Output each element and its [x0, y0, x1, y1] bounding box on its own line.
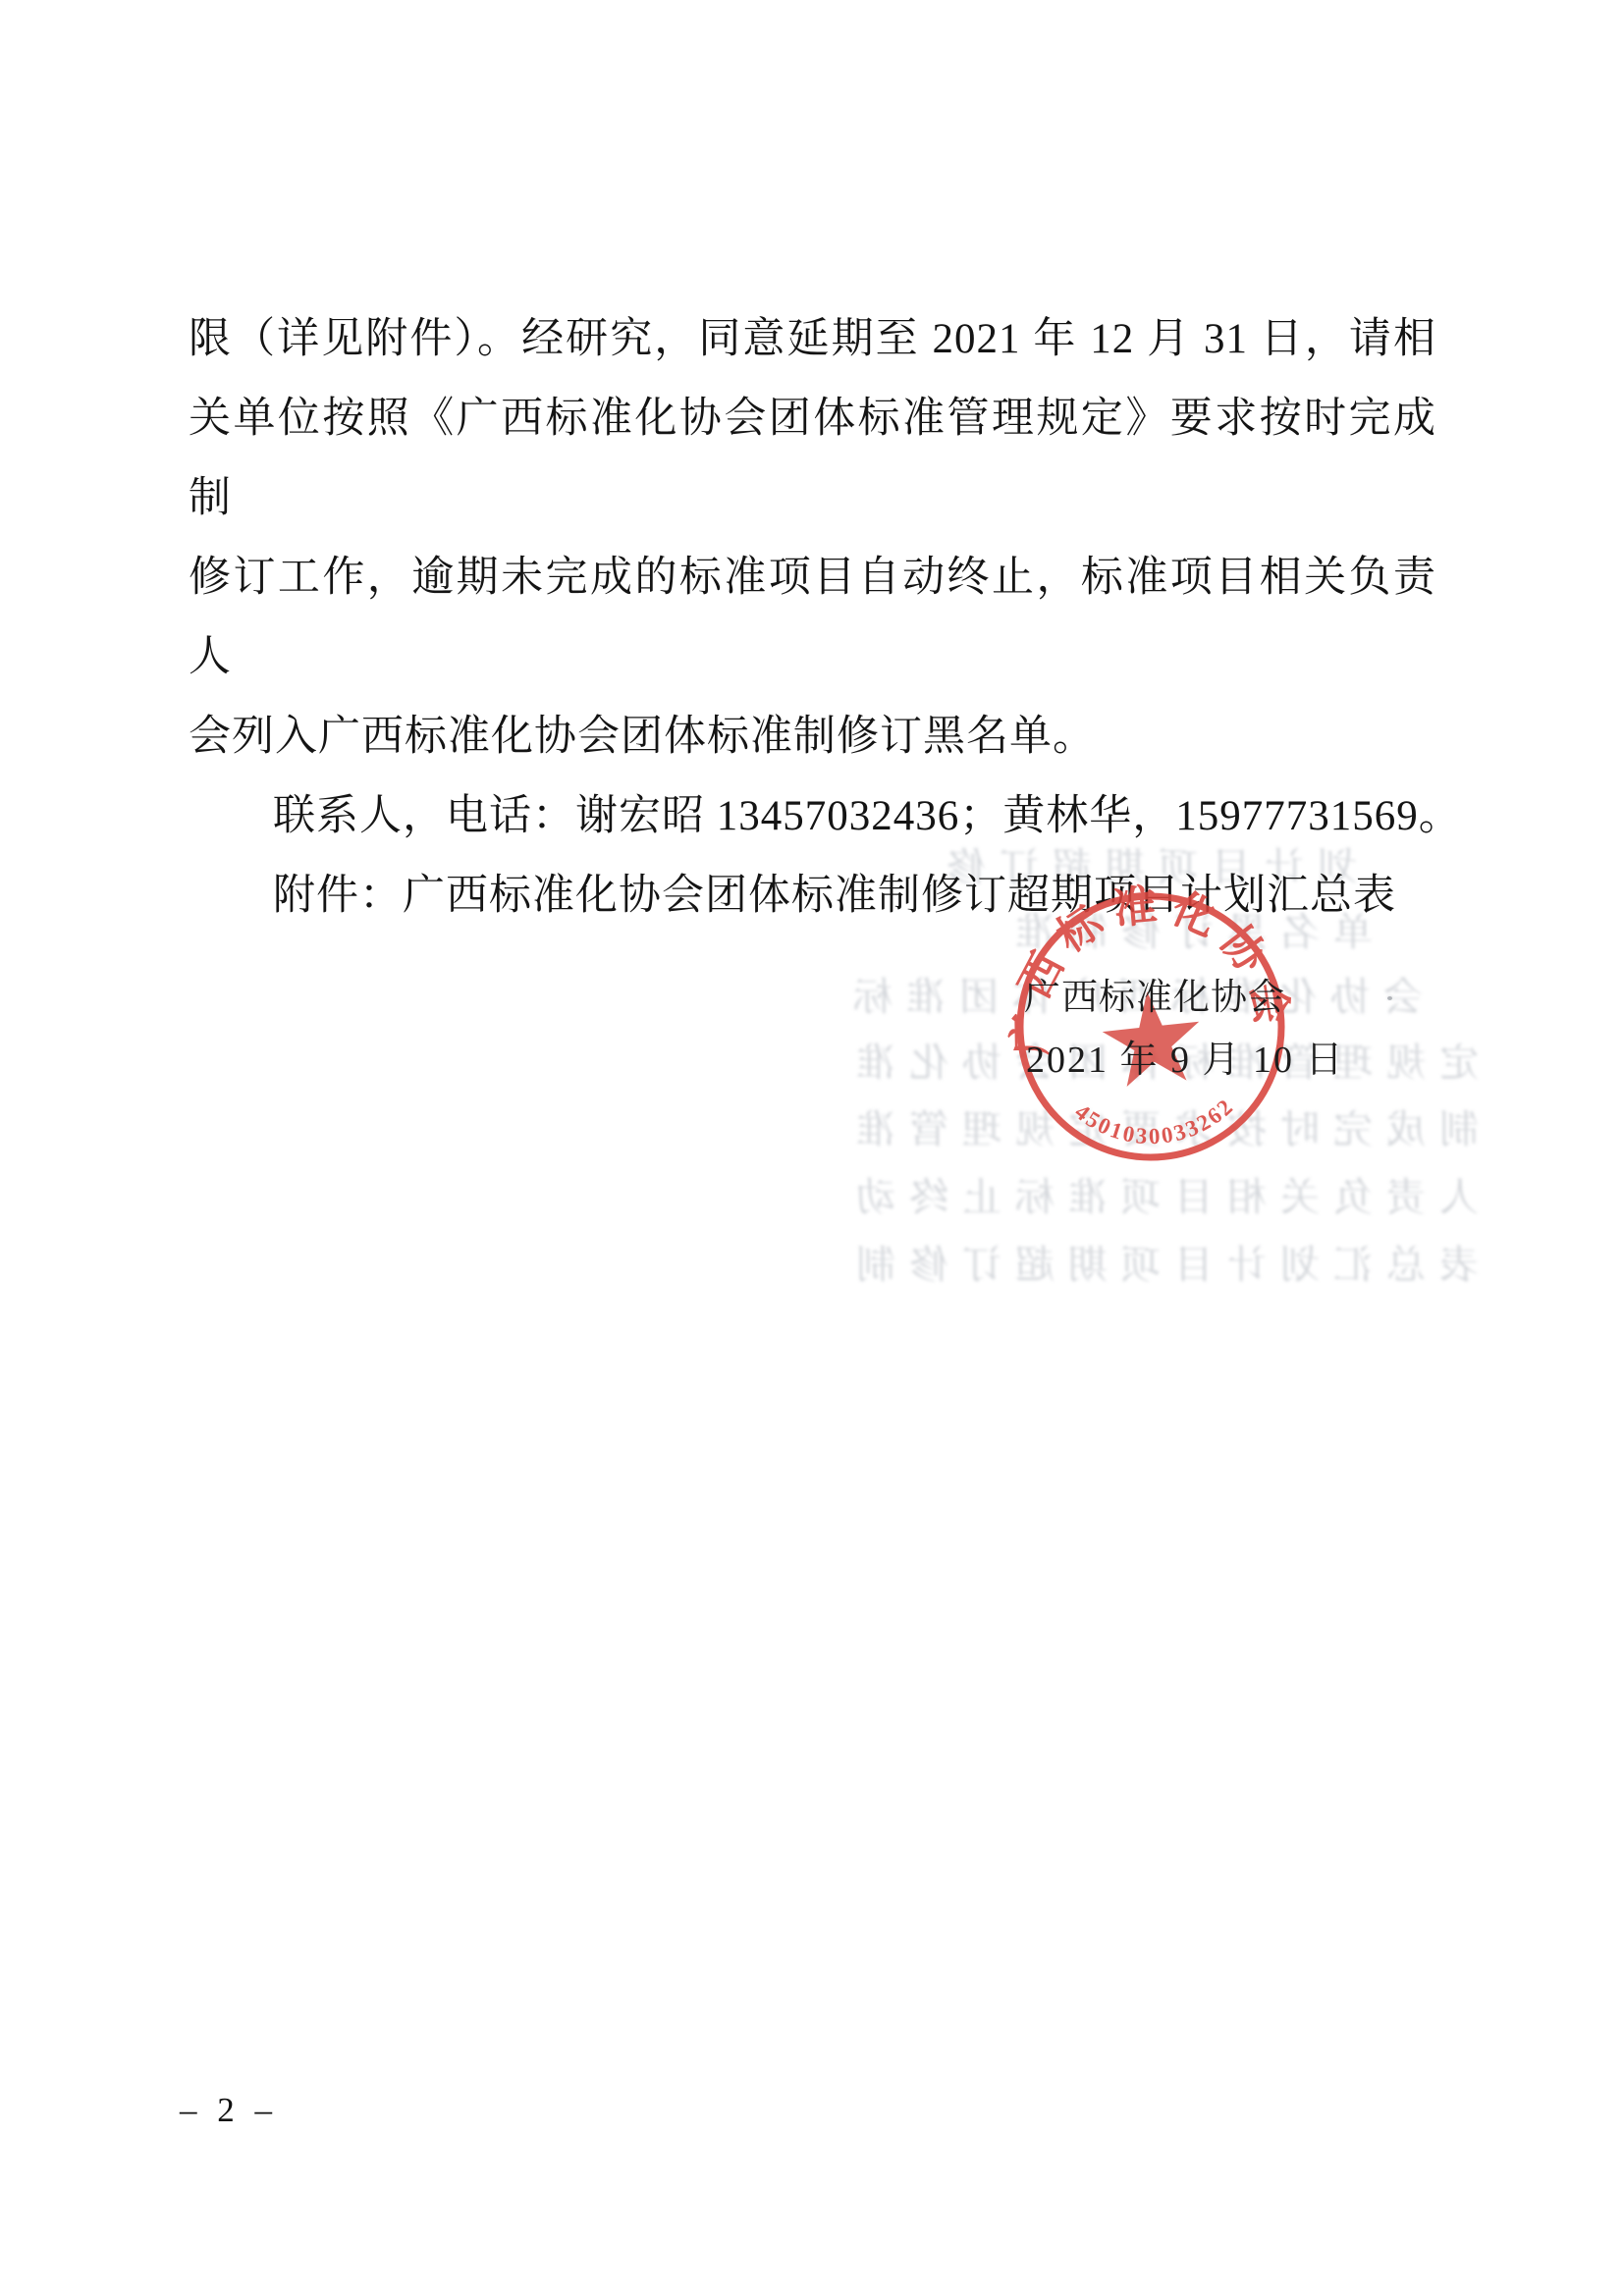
paragraph-line-3: 修订工作，逾期未完成的标准项目自动终止，标准项目相关负责人 [189, 538, 1436, 697]
scan-speck [1387, 996, 1392, 1000]
official-seal: 广西标准化协会 4501030033262 [1003, 880, 1298, 1174]
page-number: – 2 – [180, 2091, 278, 2130]
paragraph-line-1: 限（详见附件）。经研究，同意延期至 2021 年 12 月 31 日，请相 [189, 299, 1436, 379]
paragraph-line-4: 会列入广西标准化协会团体标准制修订黑名单。 [189, 697, 1436, 776]
contact-line: 联系人，电话：谢宏昭 13457032436；黄林华，15977731569。 [189, 776, 1436, 856]
signature-date: 2021 年 9 月 10 日 [1026, 1029, 1345, 1083]
paragraph-line-2: 关单位按照《广西标准化协会团体标准管理规定》要求按时完成制 [189, 379, 1436, 538]
signature-org: 广西标准化协会 [1024, 967, 1285, 1020]
body-text: 限（详见附件）。经研究，同意延期至 2021 年 12 月 31 日，请相 关单… [189, 299, 1436, 935]
bleedthrough-row: 表总汇划计目项期超订修制 [842, 1234, 1479, 1290]
document-page: 划计目项期超订修 单名黑订修制准 会协化准标西广体团准标 定规理管准标体团会协化… [0, 0, 1623, 2296]
bleedthrough-row: 人责负关相目项准标止终动 [842, 1166, 1479, 1222]
